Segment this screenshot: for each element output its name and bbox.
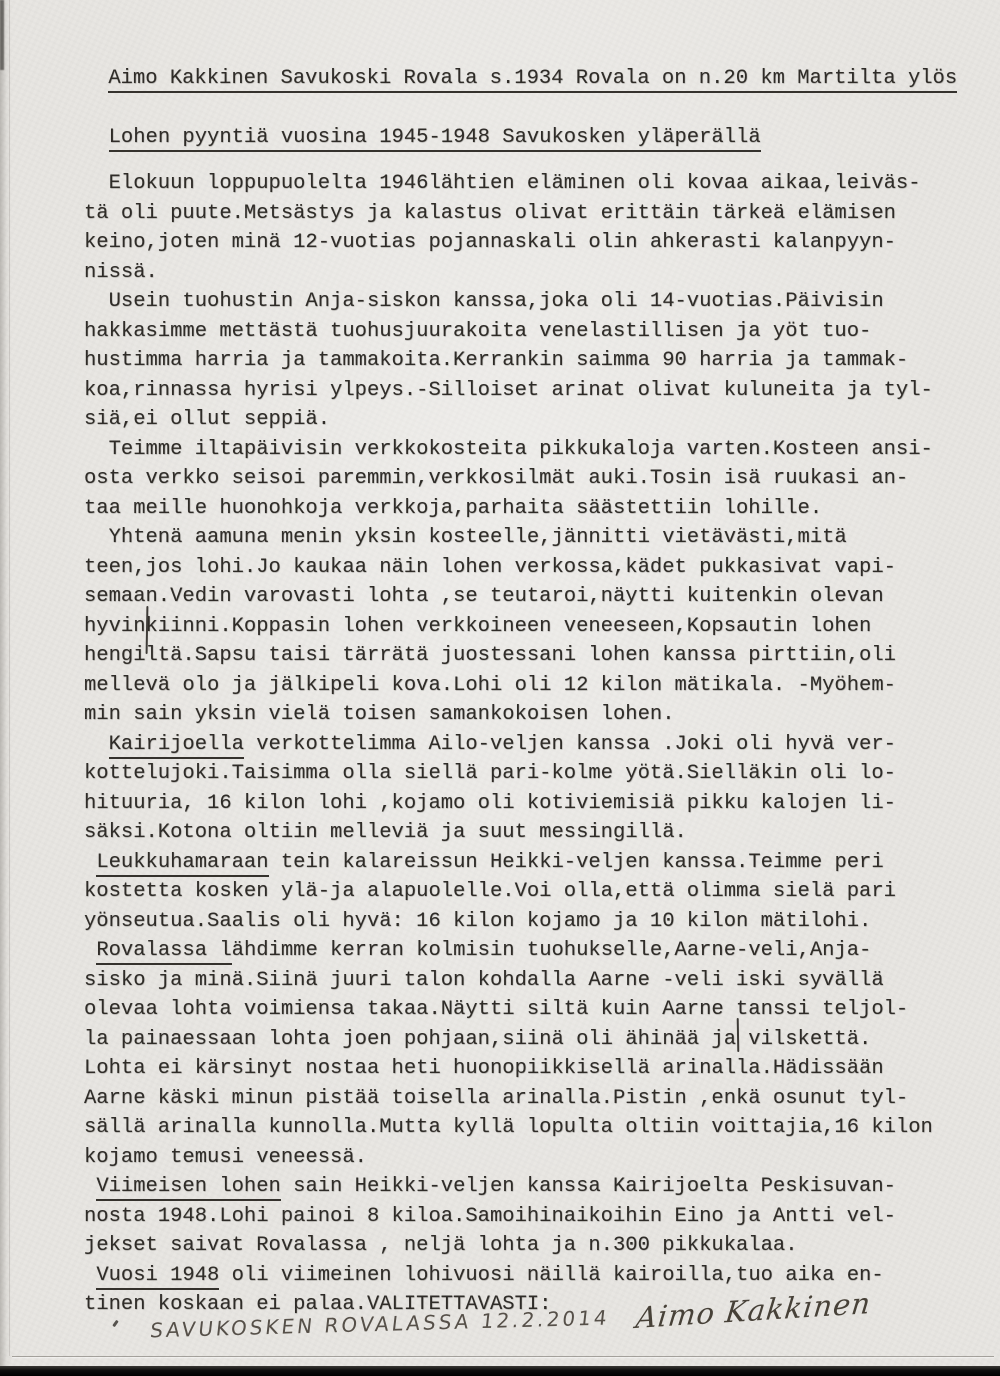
text-segment	[84, 1264, 96, 1287]
paragraph: Teimme iltapäivisin verkkokosteita pikku…	[84, 435, 964, 524]
text-line: jekset saivat Rovalassa , neljä lohta ja…	[84, 1231, 964, 1261]
text-line: yönseutua.Saalis oli hyvä: 16 kilon koja…	[84, 907, 964, 937]
text-line: nissä.	[84, 258, 964, 288]
text-segment: säksi.Kotona oltiin melleviä ja suut mes…	[84, 821, 687, 844]
text-line: kojamo temusi veneessä.	[84, 1143, 964, 1173]
text-segment: semaan.Vedin varovasti lohta ,se teutaro…	[84, 585, 884, 608]
text-segment: kottelujoki.Taisimma olla siellä pari-ko…	[84, 762, 896, 785]
text-segment: Elokuun loppupuolelta 1946lähtien elämin…	[84, 172, 921, 195]
text-segment: kojamo temusi veneessä.	[84, 1146, 367, 1169]
text-line: osta verkko seisoi paremmin,verkkosilmät…	[84, 464, 964, 494]
text-line: sällä arinalla kunnolla.Mutta kyllä lopu…	[84, 1113, 964, 1143]
text-line: siä,ei ollut seppiä.	[84, 405, 964, 435]
text-segment: Yhtenä aamuna menin yksin kosteelle,jänn…	[84, 526, 847, 549]
text-line: tä oli puute.Metsästys ja kalastus oliva…	[84, 199, 964, 229]
text-line: hakkasimme mettästä tuohusjuurakoita ven…	[84, 317, 964, 347]
scanned-document-page: Aimo Kakkinen Savukoski Rovala s.1934 Ro…	[0, 0, 1000, 1376]
text-segment: hustimma harria ja tammakoita.Kerrankin …	[84, 349, 908, 372]
document-body: Elokuun loppupuolelta 1946lähtien elämin…	[84, 169, 964, 1320]
text-line: la painaessaan lohta joen pohjaan,siinä …	[84, 1025, 964, 1055]
text-segment: ähdimme kerran kolmisin tuohukselle,Aarn…	[232, 939, 872, 962]
text-line: hituuria, 16 kilon lohi ,kojamo oli koti…	[84, 789, 964, 819]
text-segment: yönseutua.Saalis oli hyvä: 16 kilon koja…	[84, 910, 871, 933]
text-line: olevaa lohta voimiensa takaa.Näytti silt…	[84, 995, 964, 1025]
text-line: Viimeisen lohen sain Heikki-veljen kanss…	[84, 1172, 964, 1202]
text-segment: nissä.	[84, 261, 158, 284]
text-segment: jekset saivat Rovalassa , neljä lohta ja…	[84, 1234, 798, 1257]
text-segment: koa,rinnassa hyrisi ylpeys.-Silloiset ar…	[84, 379, 933, 402]
text-segment: keino,joten minä 12-vuotias pojannaskali…	[84, 231, 896, 254]
text-line: Aarne käski minun pistää toisella arinal…	[84, 1084, 964, 1114]
text-line: Yhtenä aamuna menin yksin kosteelle,jänn…	[84, 523, 964, 553]
text-segment: verkottelimma Ailo-veljen kanssa .Joki o…	[244, 733, 896, 756]
paragraph: Kairijoella verkottelimma Ailo-veljen ka…	[84, 730, 964, 848]
text-line: Lohta ei kärsinyt nostaa heti huonopiikk…	[84, 1054, 964, 1084]
paragraph: Rovalassa lähdimme kerran kolmisin tuohu…	[84, 936, 964, 1172]
typewritten-text-block: Aimo Kakkinen Savukoski Rovala s.1934 Ro…	[84, 64, 964, 1320]
underlined-text: Viimeisen lohen	[96, 1175, 281, 1201]
text-segment: hyvinkiinni.Koppasin lohen verkkoineen v…	[84, 615, 871, 638]
text-segment: Usein tuohustin Anja-siskon kanssa,joka …	[84, 290, 884, 313]
text-segment	[84, 733, 109, 756]
text-line: min sain yksin vielä toisen samankokoise…	[84, 700, 964, 730]
text-segment: siä,ei ollut seppiä.	[84, 408, 330, 431]
text-line: teen,jos lohi.Jo kaukaa näin lohen verko…	[84, 553, 964, 583]
underlined-text: Leukkuhamaraan	[96, 851, 268, 877]
underlined-text: Kairijoella	[109, 733, 244, 759]
underlined-text: Rovalassa l	[96, 939, 231, 965]
text-line: sisko ja minä.Siinä juuri talon kohdalla…	[84, 966, 964, 996]
signature-place-date: SAVUKOSKEN ROVALASSA 12.2.2014	[149, 1305, 611, 1342]
underlined-text: Aimo Kakkinen Savukoski Rovala s.1934 Ro…	[108, 67, 957, 93]
text-segment: hakkasimme mettästä tuohusjuurakoita ven…	[84, 320, 871, 343]
text-segment	[84, 1175, 96, 1198]
text-segment: min sain yksin vielä toisen samankokoise…	[84, 703, 675, 726]
text-line: hyvinkiinni.Koppasin lohen verkkoineen v…	[84, 612, 964, 642]
text-segment: teen,jos lohi.Jo kaukaa näin lohen verko…	[84, 556, 896, 579]
text-segment: tein kalareissun Heikki-veljen kanssa.Te…	[269, 851, 884, 874]
text-segment	[84, 126, 109, 149]
text-line: semaan.Vedin varovasti lohta ,se teutaro…	[84, 582, 964, 612]
pen-tick-mark	[112, 1320, 118, 1327]
text-line: Usein tuohustin Anja-siskon kanssa,joka …	[84, 287, 964, 317]
text-line: Elokuun loppupuolelta 1946lähtien elämin…	[84, 169, 964, 199]
text-line: kostetta kosken ylä-ja alapuolelle.Voi o…	[84, 877, 964, 907]
text-segment: sain Heikki-veljen kanssa Kairijoelta Pe…	[281, 1175, 896, 1198]
text-segment: kostetta kosken ylä-ja alapuolelle.Voi o…	[84, 880, 896, 903]
underlined-text: Lohen pyyntiä vuosina 1945-1948 Savukosk…	[109, 126, 761, 152]
text-segment: Teimme iltapäivisin verkkokosteita pikku…	[84, 438, 933, 461]
text-line: hengiltä.Sapsu taisi tärrätä juostessani…	[84, 641, 964, 671]
paragraph: Yhtenä aamuna menin yksin kosteelle,jänn…	[84, 523, 964, 730]
text-line: keino,joten minä 12-vuotias pojannaskali…	[84, 228, 964, 258]
text-segment: Aarne käski minun pistää toisella arinal…	[84, 1087, 908, 1110]
text-segment: la painaessaan lohta joen pohjaan,siinä …	[84, 1028, 871, 1051]
text-line: mellevä olo ja jälkipeli kova.Lohi oli 1…	[84, 671, 964, 701]
document-title-line: Aimo Kakkinen Savukoski Rovala s.1934 Ro…	[96, 64, 964, 94]
paragraph: Elokuun loppupuolelta 1946lähtien elämin…	[84, 169, 964, 287]
text-segment: olevaa lohta voimiensa takaa.Näytti silt…	[84, 998, 908, 1021]
scan-left-edge-shadow	[0, 0, 12, 1376]
document-heading-line: Lohen pyyntiä vuosina 1945-1948 Savukosk…	[84, 123, 964, 153]
text-line: Teimme iltapäivisin verkkokosteita pikku…	[84, 435, 964, 465]
text-line: nosta 1948.Lohi painoi 8 kiloa.Samoihina…	[84, 1202, 964, 1232]
scan-corner-artifact	[0, 0, 4, 70]
text-segment	[96, 67, 108, 90]
text-segment: taa meille huonohkoja verkkoja,parhaita …	[84, 497, 822, 520]
text-line: kottelujoki.Taisimma olla siellä pari-ko…	[84, 759, 964, 789]
scanner-edge-band	[0, 1366, 1000, 1376]
text-segment: hituuria, 16 kilon lohi ,kojamo oli koti…	[84, 792, 896, 815]
text-segment	[84, 939, 96, 962]
text-segment: nosta 1948.Lohi painoi 8 kiloa.Samoihina…	[84, 1205, 896, 1228]
text-segment: sisko ja minä.Siinä juuri talon kohdalla…	[84, 969, 884, 992]
text-segment: sällä arinalla kunnolla.Mutta kyllä lopu…	[84, 1116, 933, 1139]
text-line: taa meille huonohkoja verkkoja,parhaita …	[84, 494, 964, 524]
underlined-text: Vuosi 1948	[96, 1264, 219, 1290]
paragraph: Leukkuhamaraan tein kalareissun Heikki-v…	[84, 848, 964, 937]
text-segment: osta verkko seisoi paremmin,verkkosilmät…	[84, 467, 908, 490]
text-segment: Lohta ei kärsinyt nostaa heti huonopiikk…	[84, 1057, 884, 1080]
text-line: Kairijoella verkottelimma Ailo-veljen ka…	[84, 730, 964, 760]
text-line: koa,rinnassa hyrisi ylpeys.-Silloiset ar…	[84, 376, 964, 406]
text-line: Leukkuhamaraan tein kalareissun Heikki-v…	[84, 848, 964, 878]
text-segment	[84, 851, 96, 874]
paragraph: Viimeisen lohen sain Heikki-veljen kanss…	[84, 1172, 964, 1261]
paper-bottom-edge	[12, 1356, 994, 1357]
text-line: säksi.Kotona oltiin melleviä ja suut mes…	[84, 818, 964, 848]
text-segment: oli viimeinen lohivuosi näillä kairoilla…	[219, 1264, 883, 1287]
text-line: Vuosi 1948 oli viimeinen lohivuosi näill…	[84, 1261, 964, 1291]
text-line: hustimma harria ja tammakoita.Kerrankin …	[84, 346, 964, 376]
paragraph: Usein tuohustin Anja-siskon kanssa,joka …	[84, 287, 964, 435]
text-segment: mellevä olo ja jälkipeli kova.Lohi oli 1…	[84, 674, 896, 697]
text-segment: hengiltä.Sapsu taisi tärrätä juostessani…	[84, 644, 896, 667]
text-segment: tä oli puute.Metsästys ja kalastus oliva…	[84, 202, 896, 225]
text-line: Rovalassa lähdimme kerran kolmisin tuohu…	[84, 936, 964, 966]
